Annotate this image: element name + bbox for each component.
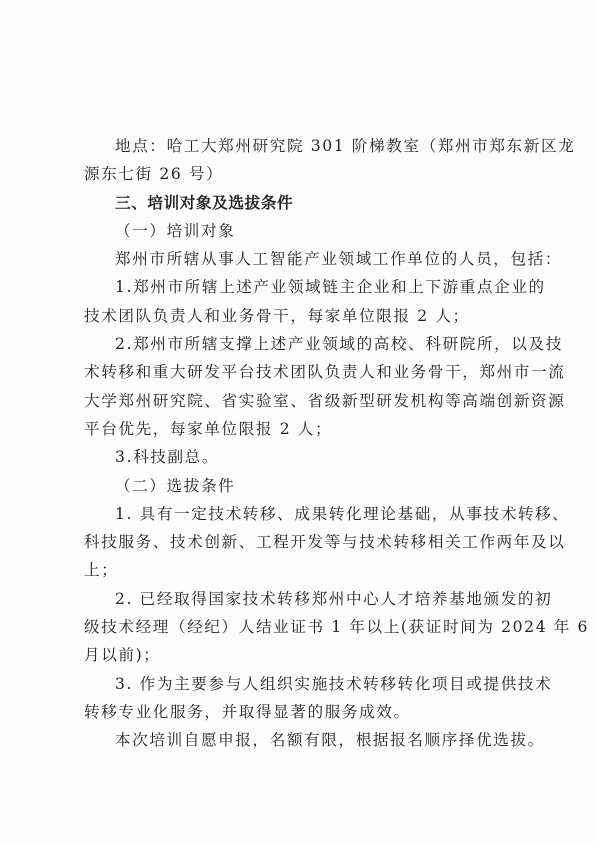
criteria-item-2: 2. 已经取得国家技术转移郑州中心人才培养基地颁发的初 bbox=[84, 585, 512, 613]
list-item-2-cont: 大学郑州研究院、省实验室、省级新型研发机构等高端创新资源 bbox=[84, 387, 512, 415]
location-line: 地点：哈工大郑州研究院 301 阶梯教室（郑州市郑东新区龙 bbox=[84, 132, 512, 160]
location-line-cont: 源东七街 26 号） bbox=[84, 160, 512, 188]
list-item-2-cont: 术转移和重大研发平台技术团队负责人和业务骨干，郑州市一流 bbox=[84, 358, 512, 386]
list-item-3: 3.科技副总。 bbox=[84, 443, 512, 471]
criteria-item-1-cont: 上； bbox=[84, 556, 512, 584]
criteria-item-1: 1. 具有一定技术转移、成果转化理论基础，从事技术转移、 bbox=[84, 500, 512, 528]
criteria-item-3-cont: 转移专业化服务，并取得显著的服务成效。 bbox=[84, 698, 512, 726]
list-item-1-cont: 技术团队负责人和业务骨干，每家单位限报 2 人； bbox=[84, 302, 512, 330]
criteria-item-2-cont: 级技术经理（经纪）人结业证书 1 年以上(获证时间为 2024 年 6 bbox=[84, 613, 512, 641]
subsection-heading-criteria: （二）选拔条件 bbox=[84, 472, 512, 500]
closing-paragraph: 本次培训自愿申报，名额有限，根据报名顺序择优选拔。 bbox=[84, 726, 512, 754]
criteria-item-3: 3. 作为主要参与人组织实施技术转移转化项目或提供技术 bbox=[84, 670, 512, 698]
criteria-item-1-cont: 科技服务、技术创新、工程开发等与技术转移相关工作两年及以 bbox=[84, 528, 512, 556]
list-item-2-cont: 平台优先，每家单位限报 2 人； bbox=[84, 415, 512, 443]
section-heading: 三、培训对象及选拔条件 bbox=[84, 189, 512, 217]
list-item-1: 1.郑州市所辖上述产业领域链主企业和上下游重点企业的 bbox=[84, 273, 512, 301]
document-page: 地点：哈工大郑州研究院 301 阶梯教室（郑州市郑东新区龙 源东七街 26 号）… bbox=[84, 132, 512, 755]
criteria-item-2-cont: 月以前)； bbox=[84, 641, 512, 669]
paragraph: 郑州市所辖从事人工智能产业领域工作单位的人员，包括： bbox=[84, 245, 512, 273]
subsection-heading-targets: （一）培训对象 bbox=[84, 217, 512, 245]
list-item-2: 2.郑州市所辖支撑上述产业领域的高校、科研院所，以及技 bbox=[84, 330, 512, 358]
